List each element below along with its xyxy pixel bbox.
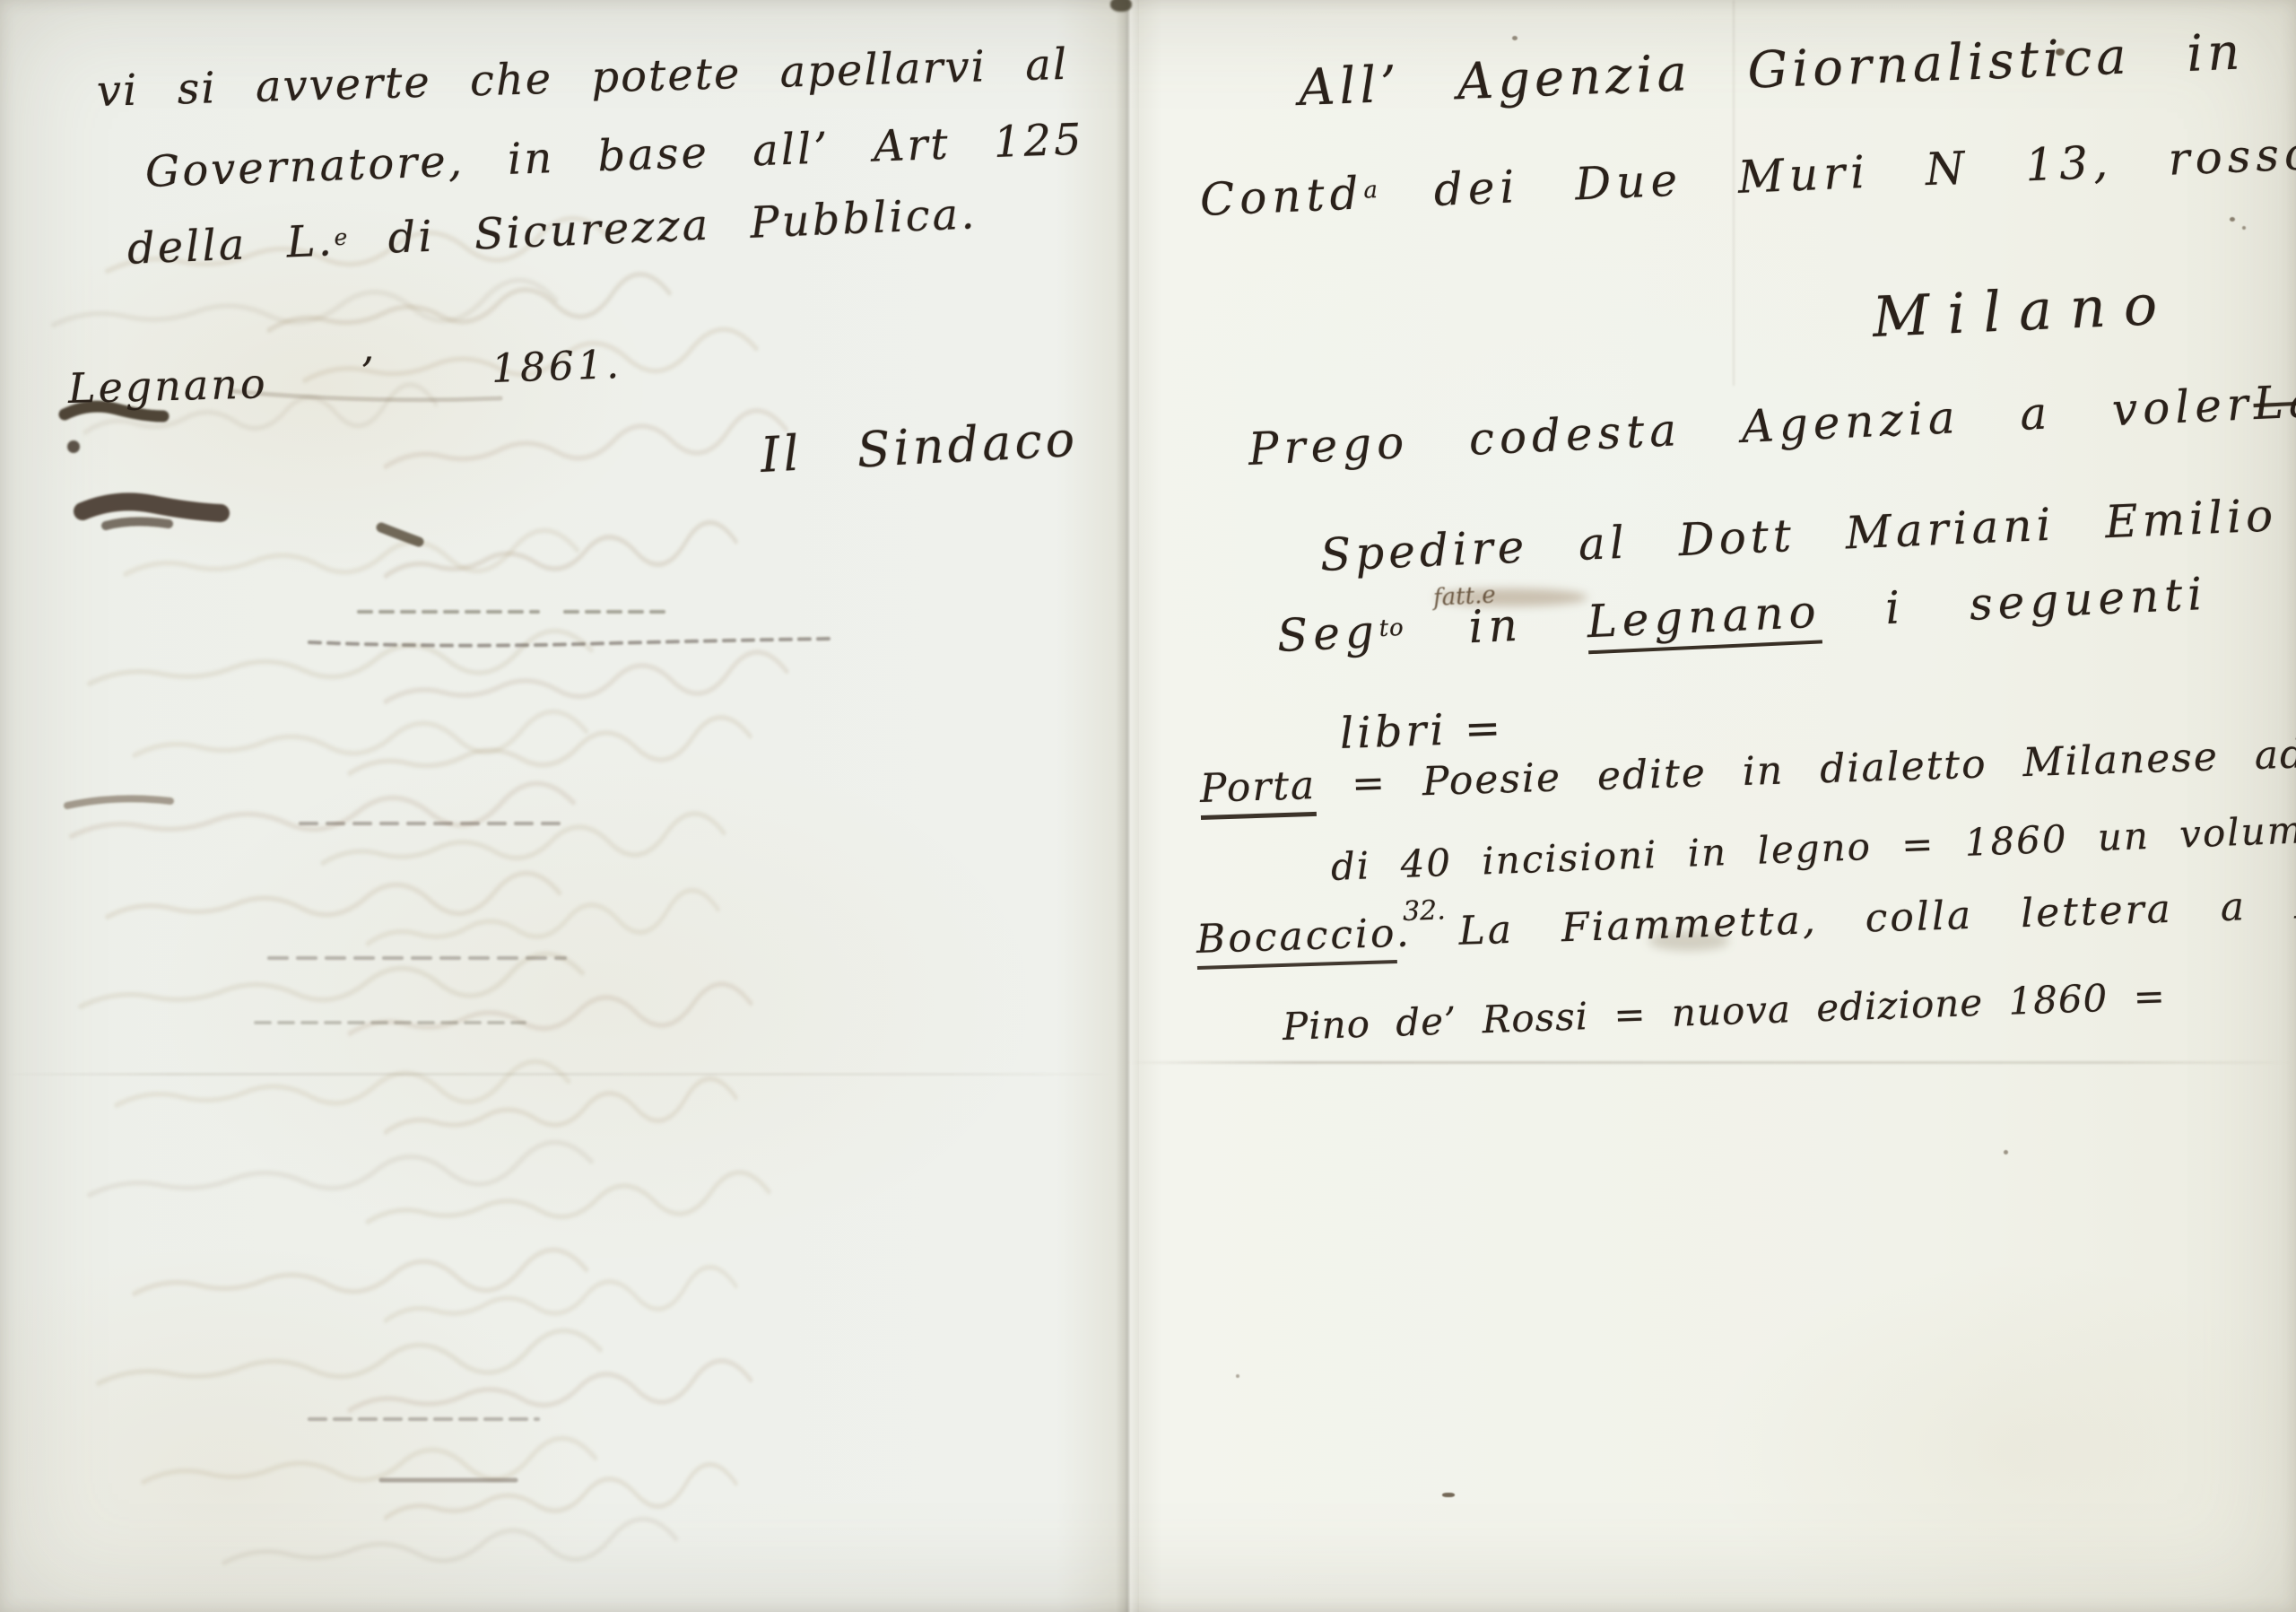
- stain: [1442, 1493, 1455, 1497]
- address-line-2-pre: Contd: [1199, 167, 1365, 226]
- address-line-2-post: dei Due Muri N 13, rosso: [1378, 127, 2296, 219]
- list-item-2-cont: Pino de’ Rossi = nuova edizione 1860 =: [1282, 976, 2166, 1049]
- address-line-1: All’ Agenzia Giornalistica in: [1298, 25, 2246, 117]
- left-line-2-text: Governatore, in base all’ Art 125: [144, 114, 1084, 197]
- address-city: Milano: [1872, 274, 2177, 348]
- address-line-2-sup: a: [1363, 177, 1379, 205]
- left-line-1-text: vi si avverte che potete apellarvi al: [96, 39, 1069, 117]
- item-2-title-underlined: Bocaccio: [1196, 911, 1397, 970]
- item-1-text: Poesie edite in dialetto Milanese adorne: [1422, 728, 2296, 805]
- body-line-3-place-underlined: Legnano: [1586, 585, 1822, 654]
- address-city-text: Milano: [1871, 271, 2176, 350]
- left-line-2: Governatore, in base all’ Art 125: [144, 116, 1084, 196]
- left-line-3-sup: e: [334, 223, 349, 250]
- item-2-text: La Fiammetta, colla lettera a M.: [1458, 881, 2296, 954]
- left-line-1: vi si avverte che potete apellarvi al: [96, 41, 1069, 116]
- body-line-4: libri =: [1339, 705, 1505, 758]
- body-line-2-pre: Spedire al: [1319, 514, 1680, 581]
- item-2-line-2-text: Pino de’ Rossi = nuova edizione 1860 =: [1282, 974, 2166, 1049]
- stain: [1512, 36, 1518, 40]
- list-item-2: Bocaccio. La Fiammetta, colla lettera a …: [1196, 883, 2296, 963]
- dateline-place-text: Legnano: [67, 359, 268, 413]
- center-fold-crease: [1116, 0, 1139, 1612]
- item-1-title-underlined: Porta: [1199, 762, 1317, 820]
- dateline-year: 1861.: [491, 344, 623, 391]
- left-line-3-pre: della L.: [126, 215, 335, 274]
- body-line-1-pre: Prego codesta Agenzia a voler: [1248, 378, 2255, 475]
- signature-text: Il Sindaco: [759, 410, 1079, 483]
- left-line-3-post: di Sicurezza Pubblica.: [347, 188, 978, 265]
- horizontal-fold-crease-right: [1126, 1061, 2292, 1064]
- body-line-2: Spedire al Dott Mariani Emilio: [1319, 491, 2278, 580]
- left-line-3: della L.e di Sicurezza Pubblica.: [126, 190, 978, 273]
- body-line-3-sup: to: [1378, 614, 1405, 642]
- signature: Il Sindaco: [759, 412, 1079, 482]
- dateline-mark-text: ’: [361, 348, 374, 396]
- body-line-2-post: Dott Mariani Emilio: [1677, 489, 2278, 566]
- body-line-1: Prego codesta Agenzia a volerLa: [1248, 377, 2296, 475]
- body-line-1-struck-word: La: [2252, 375, 2296, 430]
- item-2-sep: .: [1396, 909, 1460, 956]
- stain: [1236, 1374, 1239, 1378]
- stain: [2230, 217, 2235, 222]
- address-line-1-text: All’ Agenzia Giornalistica in: [1298, 23, 2246, 118]
- stain: [2242, 226, 2246, 230]
- body-line-3-post: i seguenti: [1820, 568, 2208, 637]
- stain: [2004, 1150, 2008, 1155]
- dateline-place: Legnano: [67, 361, 268, 411]
- item-1-sep: =: [1315, 759, 1422, 808]
- body-line-3: Segto in Legnano i seguenti: [1276, 570, 2209, 661]
- dateline-mark: ’: [361, 350, 374, 396]
- letter-scan: vi si avverte che potete apellarvi al Go…: [0, 0, 2296, 1612]
- body-line-3-mid: in: [1403, 596, 1587, 656]
- body-line-4-text: libri =: [1339, 703, 1505, 759]
- list-item-1-cont: di 40 incisioni in legno = 1860 un volum…: [1330, 806, 2296, 888]
- address-line-2: Contda dei Due Muri N 13, rosso: [1199, 129, 2296, 225]
- item-1-line-2-text: di 40 incisioni in legno = 1860 un volum…: [1330, 804, 2296, 889]
- fold-notch: [1110, 0, 1132, 12]
- horizontal-fold-crease-left: [0, 1073, 1121, 1076]
- dateline-year-text: 1861.: [491, 342, 623, 392]
- body-line-3-pre: Seg: [1276, 606, 1380, 662]
